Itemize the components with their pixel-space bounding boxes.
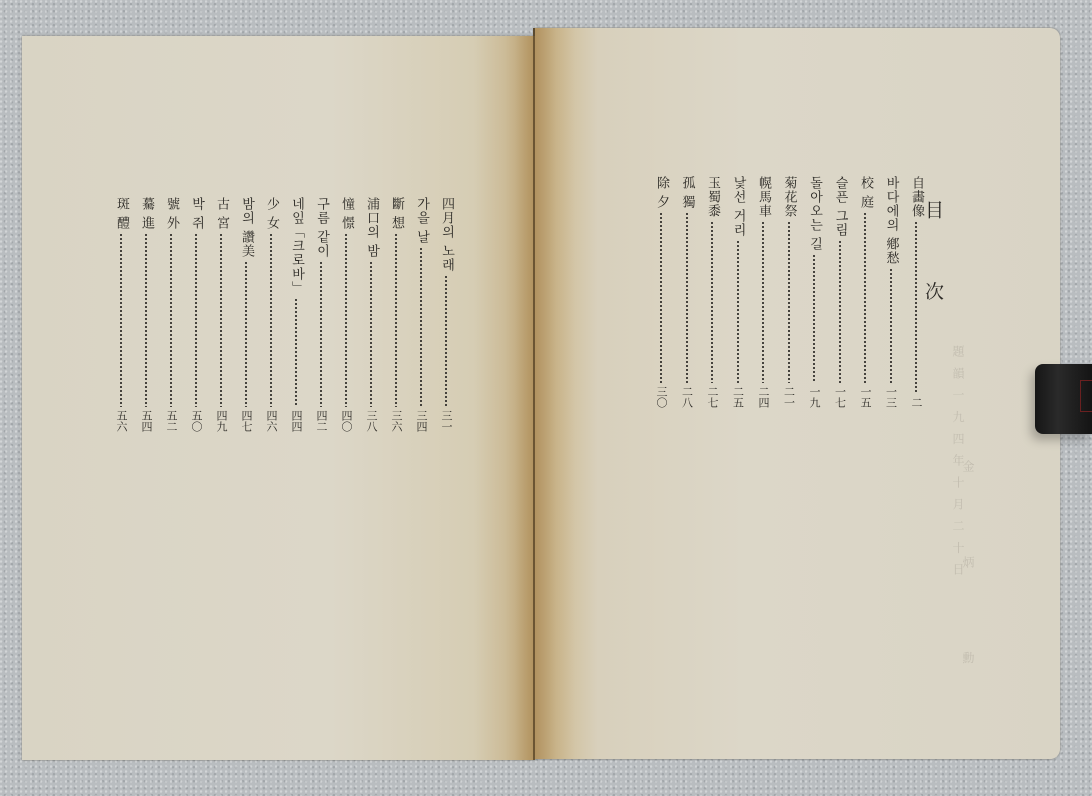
toc-entry-page: 三四: [415, 410, 427, 432]
toc-entry: 슬픈 그림一七: [831, 176, 849, 408]
toc-entry-title: 玉蜀黍: [704, 176, 720, 218]
toc-entry: 돌아오는 길一九: [805, 176, 823, 408]
toc-entry-title: 憧 憬: [338, 197, 354, 230]
leader-dots: [195, 233, 197, 407]
leader-dots: [890, 268, 892, 383]
leader-dots: [420, 247, 422, 407]
toc-entry-title: 斑 醴: [113, 197, 129, 230]
leader-dots: [915, 221, 917, 394]
toc-entry-page: 四〇: [340, 410, 352, 432]
toc-entry-title: 少 女: [263, 197, 279, 230]
toc-entry-page: 一三: [885, 386, 897, 408]
toc-entry-page: 二五: [732, 386, 744, 408]
toc-entry-page: 二: [910, 397, 922, 408]
toc-entry: 少 女四六: [262, 197, 280, 432]
toc-entry: 浦口의 밤三八: [362, 197, 380, 432]
leader-dots: [813, 254, 815, 383]
toc-entry: 幌馬車二四: [754, 176, 772, 408]
leader-dots: [737, 240, 739, 383]
leader-dots: [839, 240, 841, 383]
toc-entry-page: 二八: [681, 386, 693, 408]
leader-dots: [762, 221, 764, 383]
toc-entry-page: 二一: [783, 386, 795, 408]
toc-entry-title: 네잎「크로바」: [288, 197, 304, 295]
toc-entry-page: 三一: [440, 410, 452, 432]
toc-entry-page: 二四: [757, 386, 769, 408]
leader-dots: [788, 221, 790, 383]
toc-entry-page: 三〇: [655, 386, 667, 408]
leader-dots: [711, 221, 713, 383]
leader-dots: [220, 233, 222, 407]
leader-dots: [320, 261, 322, 407]
toc-entry: 가을 날三四: [412, 197, 430, 432]
toc-entry-title: 校 庭: [857, 176, 873, 209]
toc-entry: 낯선 거리二五: [729, 176, 747, 408]
leader-dots: [345, 233, 347, 407]
toc-entry-title: 낯선 거리: [730, 176, 746, 237]
leader-dots: [295, 298, 297, 407]
toc-entry-page: 五二: [165, 410, 177, 432]
right-page: [535, 28, 1060, 759]
toc-entry-page: 三六: [390, 410, 402, 432]
bleed-through-author: 金 炳 勳: [960, 460, 977, 704]
toc-entry-title: 가을 날: [413, 197, 429, 244]
toc-entry-title: 孤 獨: [679, 176, 695, 209]
toc-entry: 斑 醴五六: [112, 197, 130, 432]
leader-dots: [245, 261, 247, 407]
toc-entry-page: 一五: [859, 386, 871, 408]
toc-entry-page: 四二: [315, 410, 327, 432]
leader-dots: [686, 212, 688, 383]
toc-entry-page: 四七: [240, 410, 252, 432]
toc-entry-title: 除 夕: [653, 176, 669, 209]
toc-entry-page: 一九: [808, 386, 820, 408]
toc-entry: 憧 憬四〇: [337, 197, 355, 432]
toc-entry: 네잎「크로바」四四: [287, 197, 305, 432]
toc-entry-page: 五四: [140, 410, 152, 432]
toc-entry-title: 四月의 노래: [438, 197, 454, 272]
toc-entry-title: 슬픈 그림: [832, 176, 848, 237]
leader-dots: [170, 233, 172, 407]
toc-entry: 自畵像二: [907, 176, 925, 408]
toc-entry: 校 庭一五: [856, 176, 874, 408]
toc-entry-page: 二七: [706, 386, 718, 408]
leader-dots: [370, 261, 372, 407]
toc-entry-title: 돌아오는 길: [806, 176, 822, 251]
toc-entry: 孤 獨二八: [678, 176, 696, 408]
toc-entry: 菊花祭二一: [780, 176, 798, 408]
toc-entry-title: 號 外: [163, 197, 179, 230]
toc-entry-page: 三八: [365, 410, 377, 432]
toc-entry: 四月의 노래三一: [437, 197, 455, 432]
leader-dots: [660, 212, 662, 383]
leader-dots: [864, 212, 866, 383]
toc-entry-title: 菊花祭: [781, 176, 797, 218]
toc-entry-title: 自畵像: [908, 176, 924, 218]
toc-entry: 玉蜀黍二七: [703, 176, 721, 408]
toc-entry-page: 五六: [115, 410, 127, 432]
toc-entry-title: 斷 想: [388, 197, 404, 230]
toc-entry-page: 五〇: [190, 410, 202, 432]
toc-entry: 구름 같이四二: [312, 197, 330, 432]
toc-entry: 바다에의 鄕愁一三: [882, 176, 900, 408]
toc-entry-page: 四九: [215, 410, 227, 432]
toc-entry-title: 바다에의 鄕愁: [883, 176, 899, 265]
leader-dots: [395, 233, 397, 407]
leader-dots: [120, 233, 122, 407]
toc-entry-page: 一七: [834, 386, 846, 408]
toc-entry-page: 四四: [290, 410, 302, 432]
toc-entry: 박 쥐五〇: [187, 197, 205, 432]
toc-entry-title: 밤의 讚美: [238, 197, 254, 258]
leader-dots: [445, 275, 447, 407]
toc-entry: 號 外五二: [162, 197, 180, 432]
leader-dots: [145, 233, 147, 407]
toc-entry-title: 박 쥐: [188, 197, 204, 230]
toc-entry-title: 구름 같이: [313, 197, 329, 258]
leader-dots: [270, 233, 272, 407]
toc-entry-title: 浦口의 밤: [363, 197, 379, 258]
toc-entry: 除 夕三〇: [652, 176, 670, 408]
toc-entry: 斷 想三六: [387, 197, 405, 432]
toc-entry-title: 古 宮: [213, 197, 229, 230]
toc-entry-title: 幌馬車: [755, 176, 771, 218]
toc-entry: 驀 進五四: [137, 197, 155, 432]
toc-entry-page: 四六: [265, 410, 277, 432]
toc-entry: 밤의 讚美四七: [237, 197, 255, 432]
toc-entry: 古 宮四九: [212, 197, 230, 432]
clip-marking: [1080, 380, 1092, 412]
toc-entry-title: 驀 進: [138, 197, 154, 230]
book-gutter: [533, 28, 535, 760]
